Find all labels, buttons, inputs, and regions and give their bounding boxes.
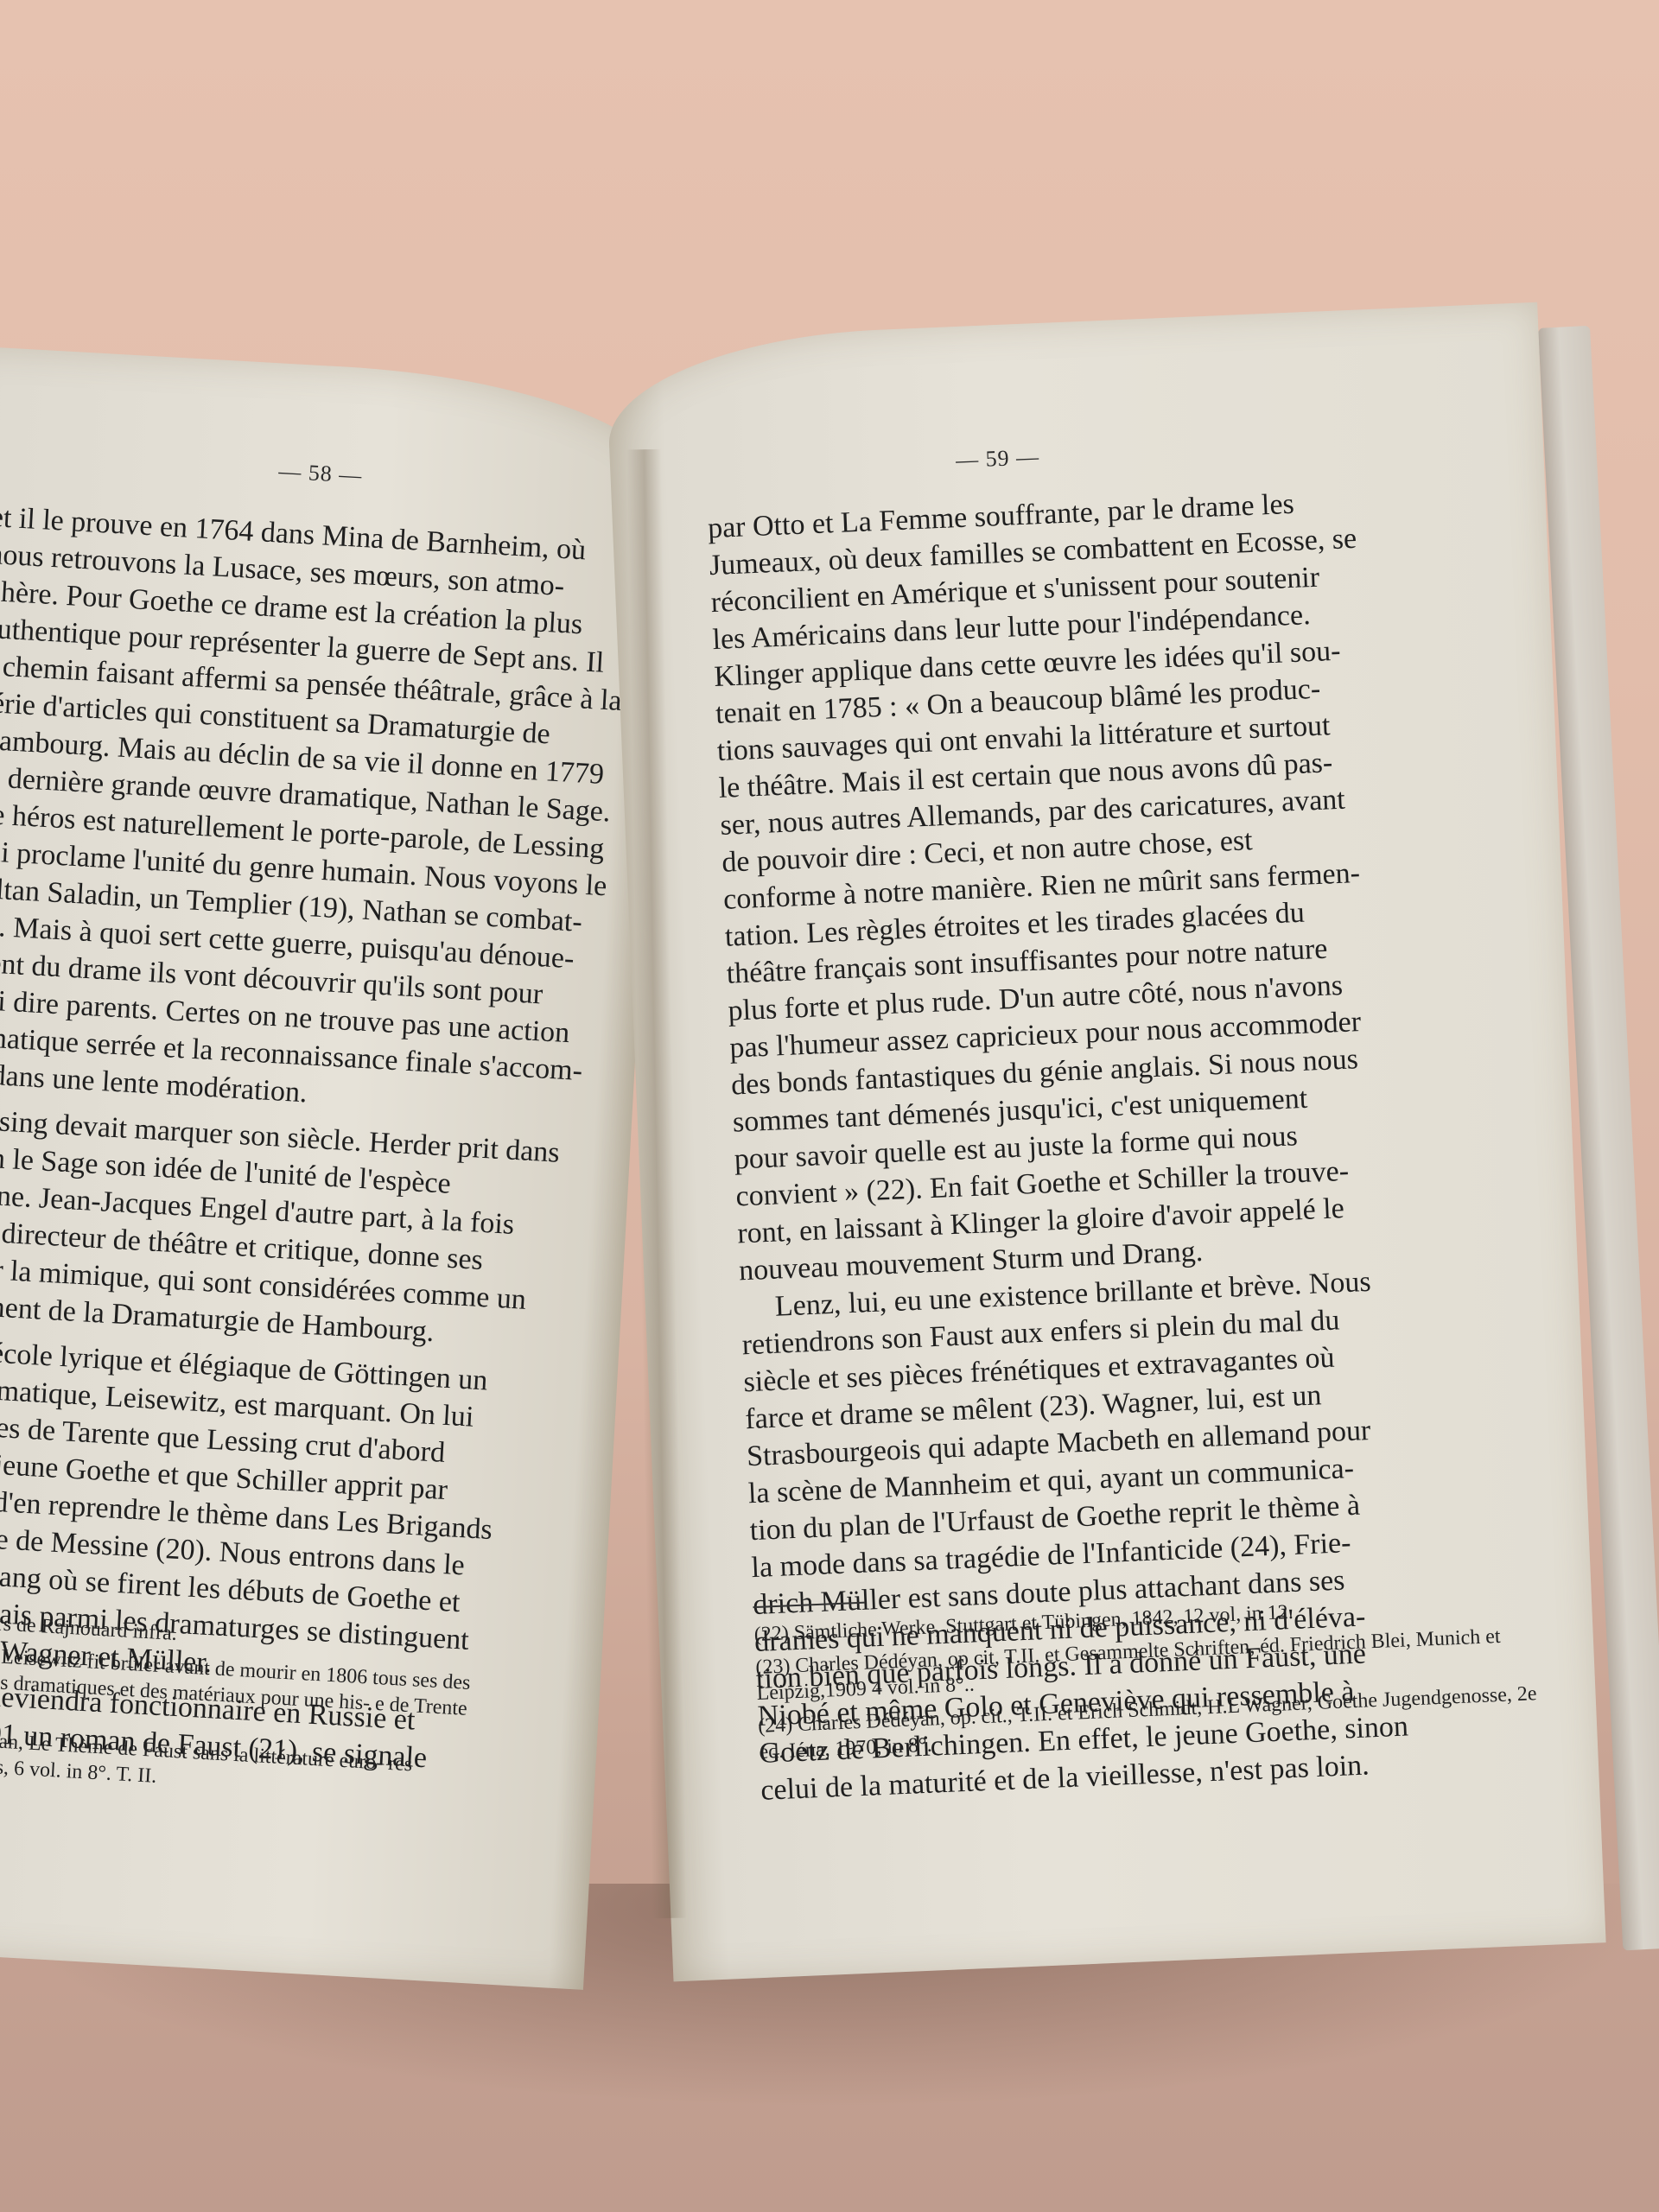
page-number-right: — 59 — (956, 444, 1040, 474)
right-footnotes: (22) Sämtliche Werke, Stuttgart et Tübin… (752, 1548, 1554, 1772)
footnote-rule (753, 1602, 865, 1608)
page-number-left: — 58 — (278, 458, 364, 488)
left-page-body: et il le prouve en 1764 dans Mina de Bar… (0, 499, 595, 1783)
left-page: — 58 — et il le prouve en 1764 dans Mina… (0, 346, 673, 1990)
right-page: — 59 — par Otto et La Femme souffrante, … (605, 302, 1606, 1982)
left-footnotes: Templiers de Rajnouard infra. unswick Le… (0, 1607, 481, 1814)
